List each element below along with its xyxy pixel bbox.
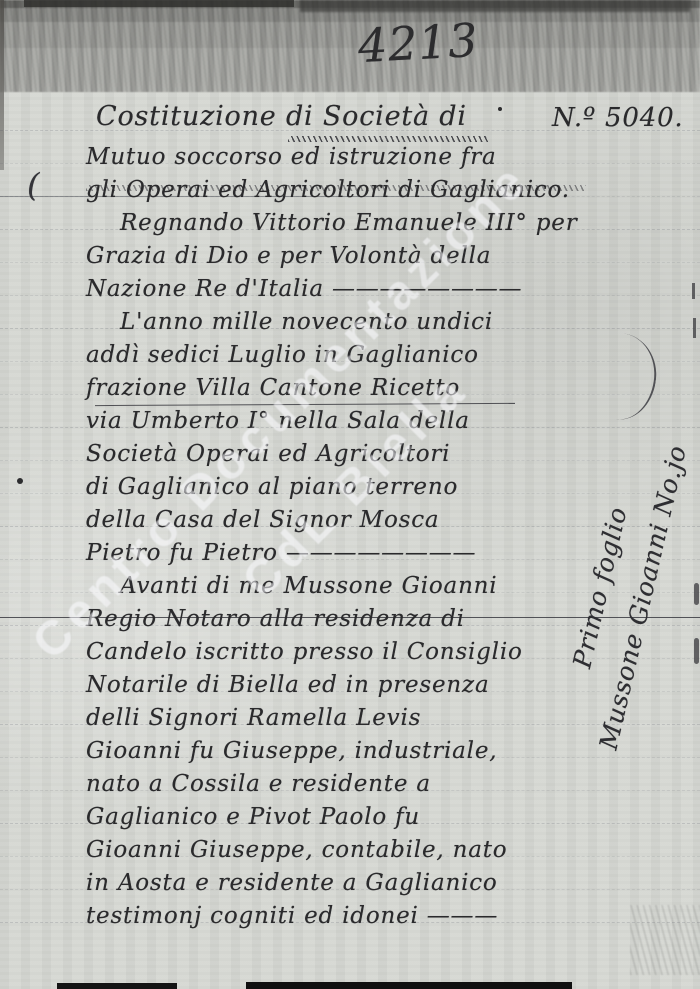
text-line: testimonj cogniti ed idonei ——— xyxy=(86,900,498,933)
scan-top-band xyxy=(0,0,700,92)
archive-number: 4213 xyxy=(357,13,480,73)
text-line: via Umberto I° nella Sala della xyxy=(86,405,470,438)
text-line: addì sedici Luglio in Gaglianico xyxy=(86,339,479,372)
title-row: Costituzione di Società di N.º 5040. xyxy=(0,101,700,139)
scan-edge-artifact xyxy=(24,0,294,7)
text-line: Grazia di Dio e per Volontà della xyxy=(86,240,491,273)
text-line: Nazione Re d'Italia ———————— xyxy=(86,273,522,306)
text-line: Avanti di me Mussone Gioanni xyxy=(120,570,497,603)
text-line: Gioanni Giuseppe, contabile, nato xyxy=(86,834,507,867)
text-line: in Aosta e residente a Gaglianico xyxy=(86,867,498,900)
ink-dot xyxy=(17,478,23,484)
text-line: Regnando Vittorio Emanuele III° per xyxy=(120,207,578,240)
scan-edge-artifact xyxy=(300,0,690,12)
scan-smudge xyxy=(630,905,700,975)
text-line: delli Signori Ramella Levis xyxy=(86,702,421,735)
scan-edge-artifact xyxy=(694,583,699,605)
scan-edge-artifact xyxy=(692,283,695,299)
text-line: L'anno mille novecento undici xyxy=(120,306,493,339)
scan-bottom-bar xyxy=(57,983,177,989)
scan-bottom-bar xyxy=(246,982,572,989)
scan-edge-artifact xyxy=(0,0,4,170)
margin-paren-mark: ( xyxy=(27,166,40,204)
text-line: frazione Villa Cantone Ricetto xyxy=(86,372,460,405)
text-line: Gioanni fu Giuseppe, industriale, xyxy=(86,735,497,768)
scan-edge-artifact xyxy=(694,638,699,664)
registry-number: N.º 5040. xyxy=(552,103,683,133)
text-line: Pietro fu Pietro ———————— xyxy=(86,537,476,570)
ink-dot xyxy=(498,107,502,111)
text-line: Candelo iscritto presso il Consiglio xyxy=(86,636,523,669)
text-line: di Gaglianico al piano terreno xyxy=(86,471,458,504)
scan-edge-artifact xyxy=(693,318,696,338)
text-line: nato a Cossila e residente a xyxy=(86,768,431,801)
text-line: Regio Notaro alla residenza di xyxy=(86,603,465,636)
document-title: Costituzione di Società di xyxy=(96,101,467,132)
text-line: Mutuo soccorso ed istruzione fra xyxy=(86,141,497,174)
text-line: Gaglianico e Pivot Paolo fu xyxy=(86,801,420,834)
text-line: Notarile di Biella ed in presenza xyxy=(86,669,489,702)
text-line: della Casa del Signor Mosca xyxy=(86,504,439,537)
text-line: gli Operai ed Agricoltori di Gaglianico. xyxy=(86,174,570,207)
text-line: Società Operai ed Agricoltori xyxy=(86,438,450,471)
scanned-notarial-document: 4213 Costituzione di Società di N.º 5040… xyxy=(0,0,700,989)
